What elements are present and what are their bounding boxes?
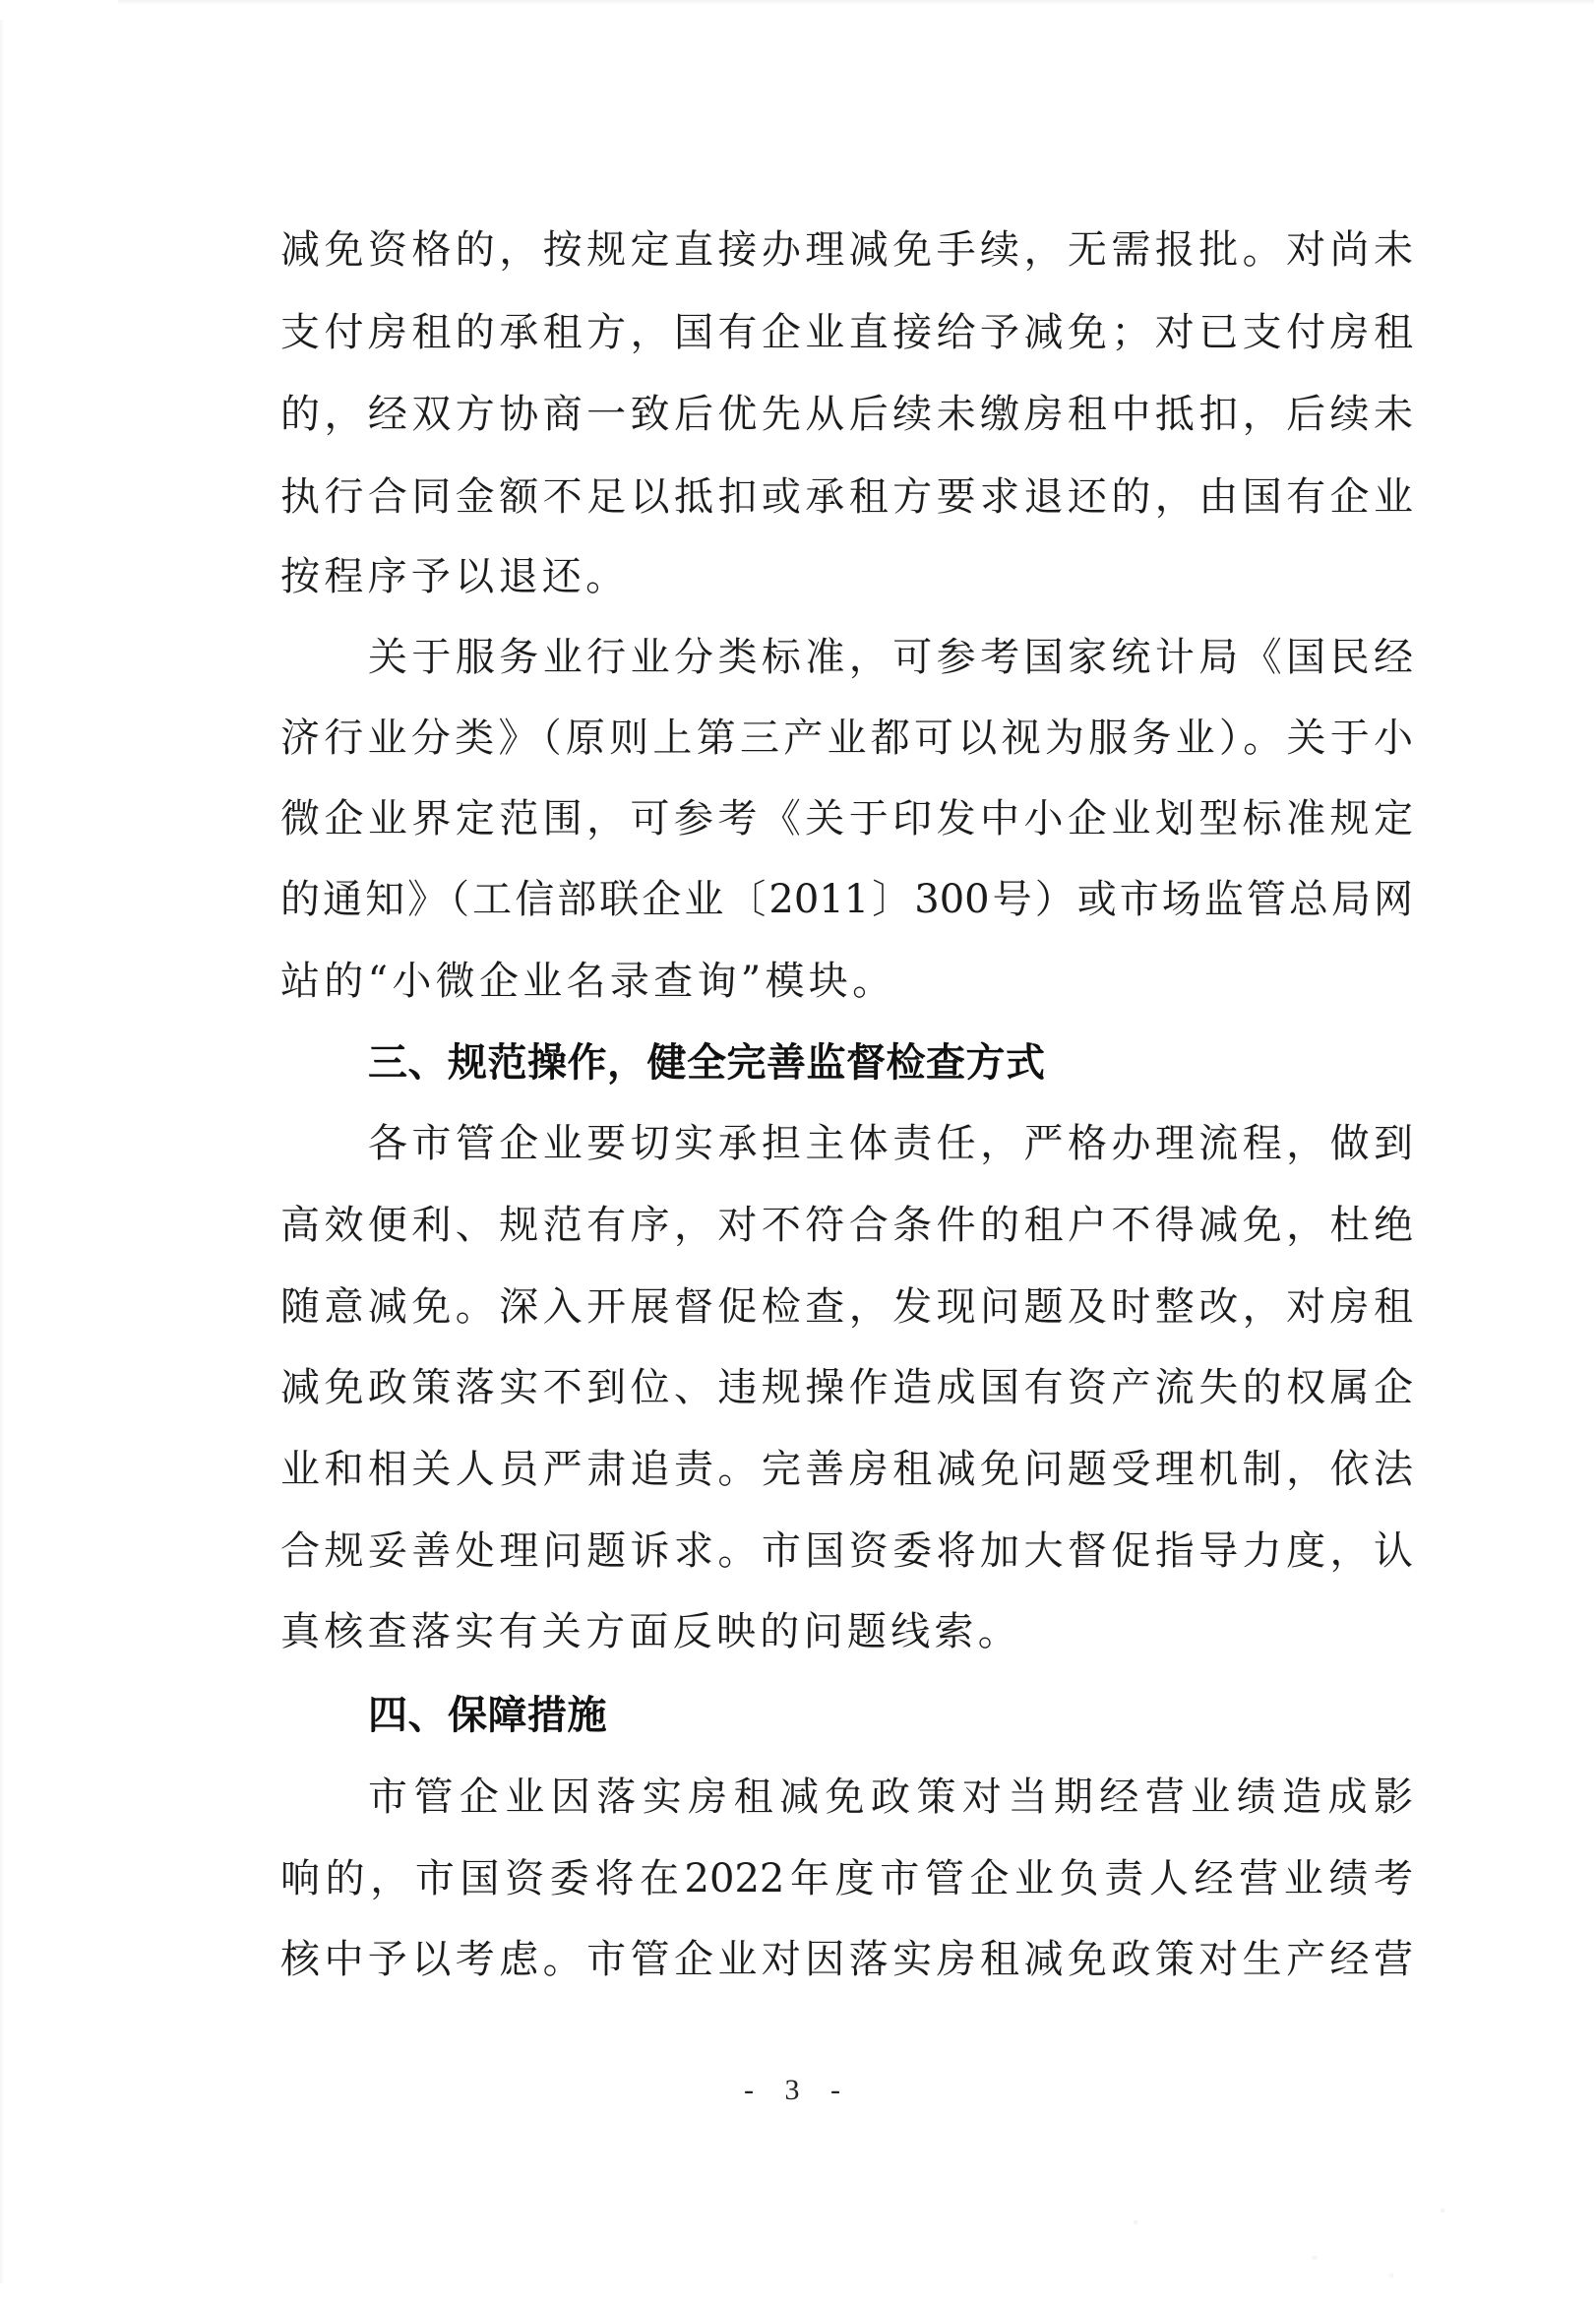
scan-edge-shadow — [0, 20, 4, 2283]
text-line: 各市管企业要切实承担主体责任，严格办理流程，做到 — [368, 1122, 1413, 1165]
section-heading: 三、规范操作，健全完善监督检查方式 — [368, 1040, 1046, 1086]
text-line: 减免政策落实不到位、违规操作造成国有资产流失的权属企 — [280, 1366, 1413, 1409]
scan-edge-shadow — [118, 0, 1594, 5]
text-line: 微企业界定范围，可参考《关于印发中小企业划型标准规定 — [280, 797, 1413, 841]
text-line: 高效便利、规范有序，对不符合条件的租户不得减免，杜绝 — [280, 1204, 1413, 1247]
page-number: - 3 - — [0, 2073, 1596, 2108]
text-line: 响的，市国资委将在2022年度市管企业负责人经营业绩考 — [280, 1857, 1413, 1900]
scan-speckle — [1033, 2175, 1545, 2293]
section-heading: 四、保障措施 — [368, 1693, 607, 1738]
text-line: 随意减免。深入开展督促检查，发现问题及时整改，对房租 — [280, 1285, 1413, 1329]
text-line: 济行业分类》（原则上第三产业都可以视为服务业）。关于小 — [280, 716, 1413, 760]
text-line: 站的“小微企业名录查询”模块。 — [280, 960, 895, 1003]
text-line: 减免资格的，按规定直接办理减免手续，无需报批。对尚未 — [280, 228, 1413, 272]
text-line: 的，经双方协商一致后优先从后续未缴房租中抵扣，后续未 — [280, 393, 1413, 436]
text-line: 关于服务业行业分类标准，可参考国家统计局《国民经 — [368, 636, 1413, 679]
text-line: 执行合同金额不足以抵扣或承租方要求退还的，由国有企业 — [280, 475, 1413, 519]
document-page: 减免资格的，按规定直接办理减免手续，无需报批。对尚未 支付房租的承租方，国有企业… — [0, 0, 1596, 2304]
text-line: 的通知》（工信部联企业〔2011〕300号）或市场监管总局网 — [280, 878, 1413, 921]
text-line: 市管企业因落实房租减免政策对当期经营业绩造成影 — [368, 1775, 1413, 1819]
text-line: 真核查落实有关方面反映的问题线索。 — [280, 1610, 1021, 1653]
text-line: 支付房租的承租方，国有企业直接给予减免；对已支付房租 — [280, 311, 1413, 354]
text-line: 业和相关人员严肃追责。完善房租减免问题受理机制，依法 — [280, 1448, 1413, 1491]
text-line: 按程序予以退还。 — [280, 555, 629, 598]
text-line: 合规妥善处理问题诉求。市国资委将加大督促指导力度，认 — [280, 1529, 1413, 1573]
text-line: 核中予以考虑。市管企业对因落实房租减免政策对生产经营 — [280, 1938, 1413, 1981]
